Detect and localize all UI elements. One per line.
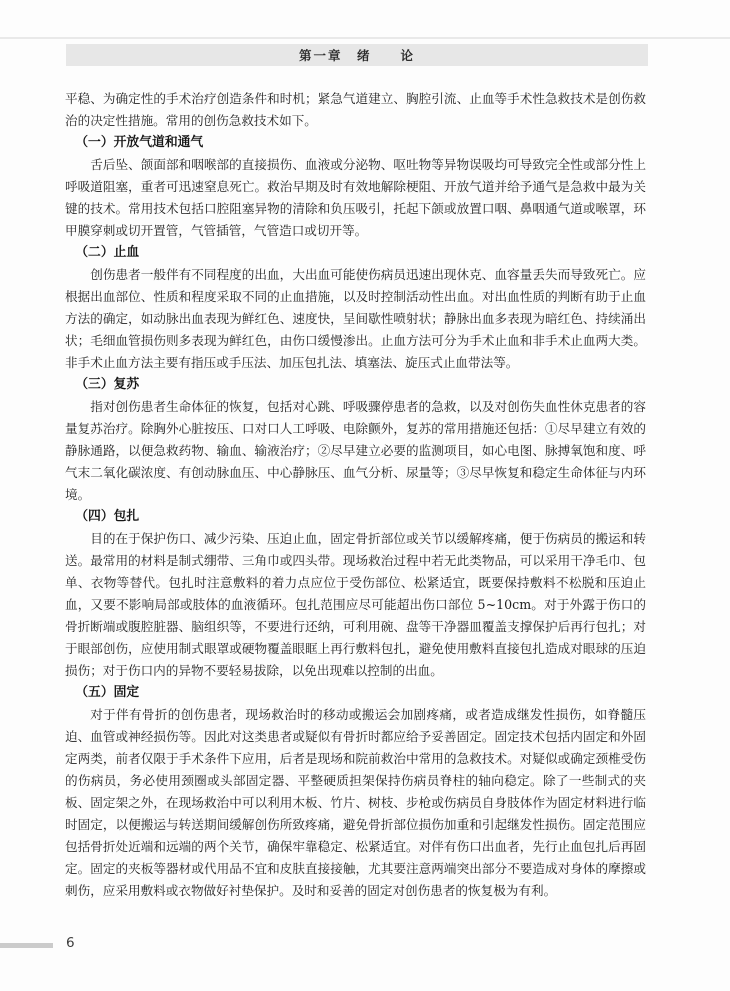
section-heading-resuscitation: （三）复苏 <box>65 374 646 396</box>
footer-page-bar <box>0 943 53 948</box>
section-heading-bandaging: （四）包扎 <box>65 506 646 528</box>
chapter-title: 第一章 绪 论 <box>299 46 415 64</box>
chapter-header-bar: 第一章 绪 论 <box>66 44 648 66</box>
section-heading-hemostasis: （二）止血 <box>65 242 646 264</box>
paragraph-hemostasis: 创伤患者一般伴有不同程度的出血，大出血可能使伤病员迅速出现休克、血容量丢失而导致… <box>65 264 646 374</box>
section-heading-airway: （一）开放气道和通气 <box>65 132 646 154</box>
scan-edge-line <box>0 37 730 39</box>
paragraph-airway: 舌后坠、颌面部和咽喉部的直接损伤、血液或分泌物、呕吐物等异物误吸均可导致完全性或… <box>65 154 646 242</box>
paragraph-resuscitation: 指对创伤患者生命体征的恢复，包括对心跳、呼吸骤停患者的急救，以及对创伤失血性休克… <box>65 396 646 506</box>
paragraph-bandaging: 目的在于保护伤口、减少污染、压迫止血，固定骨折部位或关节以缓解疼痛，便于伤病员的… <box>65 528 646 682</box>
paragraph-fixation: 对于伴有骨折的创伤患者，现场救治时的移动或搬运会加剧疼痛，或者造成继发性损伤，如… <box>65 704 646 902</box>
textbook-page: 第一章 绪 论 平稳、为确定性的手术治疗创造条件和时机；紧急气道建立、胸腔引流、… <box>0 0 730 991</box>
section-heading-fixation: （五）固定 <box>65 682 646 704</box>
paragraph-continued-intro: 平稳、为确定性的手术治疗创造条件和时机；紧急气道建立、胸腔引流、止血等手术性急救… <box>65 88 646 132</box>
page-number: 6 <box>66 935 75 951</box>
page-body-text: 平稳、为确定性的手术治疗创造条件和时机；紧急气道建立、胸腔引流、止血等手术性急救… <box>65 88 646 902</box>
